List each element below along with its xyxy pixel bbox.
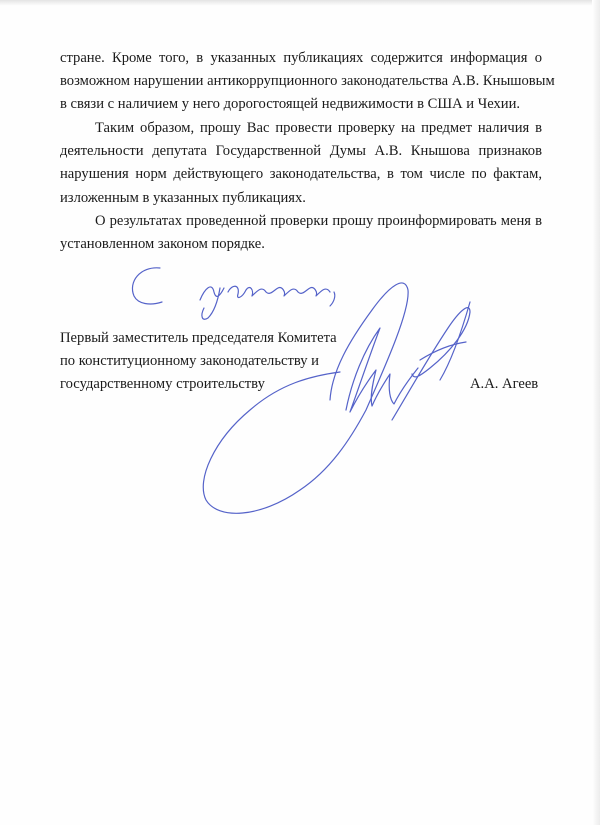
signatory-name: А.А. Агеев	[470, 373, 538, 396]
signatory-title: Первый заместитель председателя Комитета…	[60, 327, 337, 397]
document-page: стране. Кроме того, в указанных публикац…	[0, 0, 600, 825]
signatory-title-line: Первый заместитель председателя Комитета	[60, 327, 337, 350]
handwritten-closing	[132, 268, 162, 304]
handwritten-ink	[0, 0, 600, 825]
signatory-title-line: государственному строительству	[60, 373, 337, 396]
signatory-title-line: по конституционному законодательству и	[60, 350, 337, 373]
signature	[203, 283, 408, 513]
